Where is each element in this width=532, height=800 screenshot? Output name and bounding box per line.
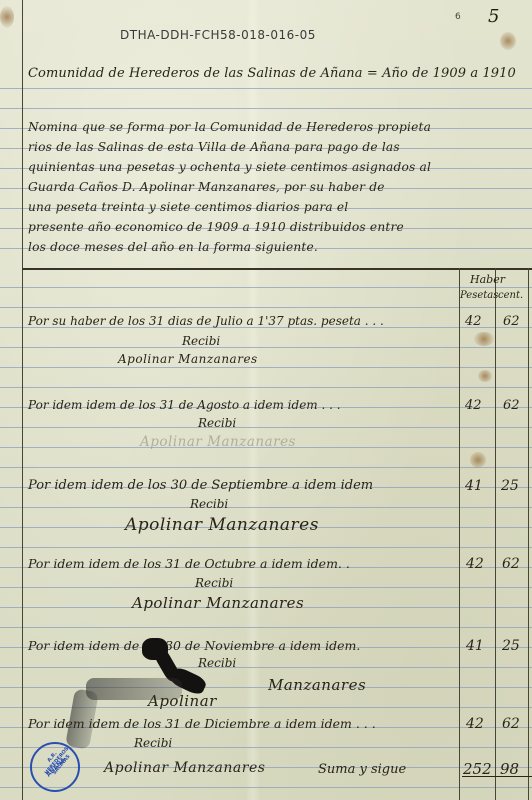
entry-centimos: 25: [501, 478, 519, 494]
recibi-label: Recibi: [134, 736, 172, 750]
intro-line: quinientas una pesetas y ochenta y siete…: [28, 160, 431, 174]
signature: Apolinar Manzanares: [118, 352, 258, 366]
recibi-label: Recibi: [198, 656, 236, 670]
entry-centimos: 25: [502, 638, 520, 654]
entry-centimos: 62: [503, 314, 520, 329]
ruled-line: [0, 387, 532, 388]
ink-smear: [86, 678, 182, 700]
signature-faded: Apolinar Manzanares: [140, 434, 296, 450]
ruled-line: [0, 467, 532, 468]
ruled-line: [0, 587, 532, 588]
intro-line: una peseta treinta y siete centimos diar…: [28, 200, 348, 214]
entry-text-julio: Por su haber de los 31 dias de Julio a 1…: [28, 314, 384, 328]
document-title: Comunidad de Herederos de las Salinas de…: [28, 66, 516, 81]
entry-pesetas: 42: [465, 398, 482, 413]
recibi-label: Recibi: [198, 416, 236, 430]
ruled-line: [0, 787, 532, 788]
left-margin-line: [22, 0, 23, 800]
column-header-pesetas: Pesetas: [460, 290, 498, 301]
archive-reference-code: DTHA-DDH-FCH58-018-016-05: [120, 28, 316, 42]
stain: [500, 32, 516, 50]
entry-text-septiembre: Por idem idem de los 30 de Septiembre a …: [28, 478, 373, 493]
ruled-line: [0, 507, 532, 508]
stain: [478, 370, 492, 382]
archive-stamp: A.R. HEREDEROS SALINAS AÑANA: [30, 742, 80, 792]
ruled-line: [0, 367, 532, 368]
signature: Apolinar Manzanares: [125, 515, 319, 535]
entry-centimos: 62: [502, 716, 520, 732]
recibi-label: Recibi: [190, 497, 228, 511]
right-column-line: [528, 268, 529, 800]
ruled-line: [0, 88, 532, 89]
ruled-line: [0, 627, 532, 628]
table-top-rule: [22, 268, 532, 270]
intro-line: Nomina que se forma por la Comunidad de …: [28, 120, 431, 134]
document-page: DTHA-DDH-FCH58-018-016-05 6 5 Comunidad …: [0, 0, 532, 800]
entry-pesetas: 41: [466, 638, 484, 654]
total-underline: [462, 776, 532, 777]
ruled-line: [0, 547, 532, 548]
folio-number-small: 6: [455, 12, 461, 22]
signature-last-name: Manzanares: [268, 676, 366, 694]
entry-centimos: 62: [502, 556, 520, 572]
recibi-label: Recibi: [195, 576, 233, 590]
intro-line: los doce meses del año en la forma sigui…: [28, 240, 318, 254]
pesetas-column-line: [459, 268, 460, 800]
entry-centimos: 62: [503, 398, 520, 413]
stain: [474, 332, 494, 346]
ruled-line: [0, 347, 532, 348]
intro-line: Guarda Caños D. Apolinar Manzanares, por…: [28, 180, 385, 194]
ruled-line: [0, 287, 532, 288]
centimos-column-line: [495, 268, 496, 800]
ruled-line: [0, 667, 532, 668]
column-header-haber: Haber: [470, 273, 505, 286]
ruled-line: [0, 307, 532, 308]
stain: [0, 6, 14, 28]
entry-pesetas: 42: [465, 314, 482, 329]
entry-text-noviembre: Por idem idem de los 30 de Noviembre a i…: [28, 638, 360, 653]
entry-text-diciembre: Por idem idem de los 31 de Diciembre a i…: [28, 716, 376, 731]
entry-text-octubre: Por idem idem de los 31 de Octubre a ide…: [28, 556, 350, 571]
ruled-line: [0, 427, 532, 428]
total-label: Suma y sigue: [318, 762, 406, 777]
column-header-centimos: cent.: [498, 290, 523, 301]
signature: Apolinar Manzanares: [104, 760, 265, 776]
stain: [470, 452, 486, 468]
entry-pesetas: 42: [466, 716, 484, 732]
intro-line: presente año economico de 1909 a 1910 di…: [28, 220, 404, 234]
entry-text-agosto: Por idem idem de los 31 de Agosto a idem…: [28, 398, 341, 412]
signature: Apolinar Manzanares: [132, 594, 304, 612]
folio-number: 5: [488, 6, 499, 27]
entry-pesetas: 41: [465, 478, 483, 494]
entry-pesetas: 42: [466, 556, 484, 572]
intro-line: rios de las Salinas de esta Villa de Aña…: [28, 140, 400, 154]
ruled-line: [0, 108, 532, 109]
recibi-label: Recibi: [182, 334, 220, 348]
ruled-line: [0, 687, 532, 688]
